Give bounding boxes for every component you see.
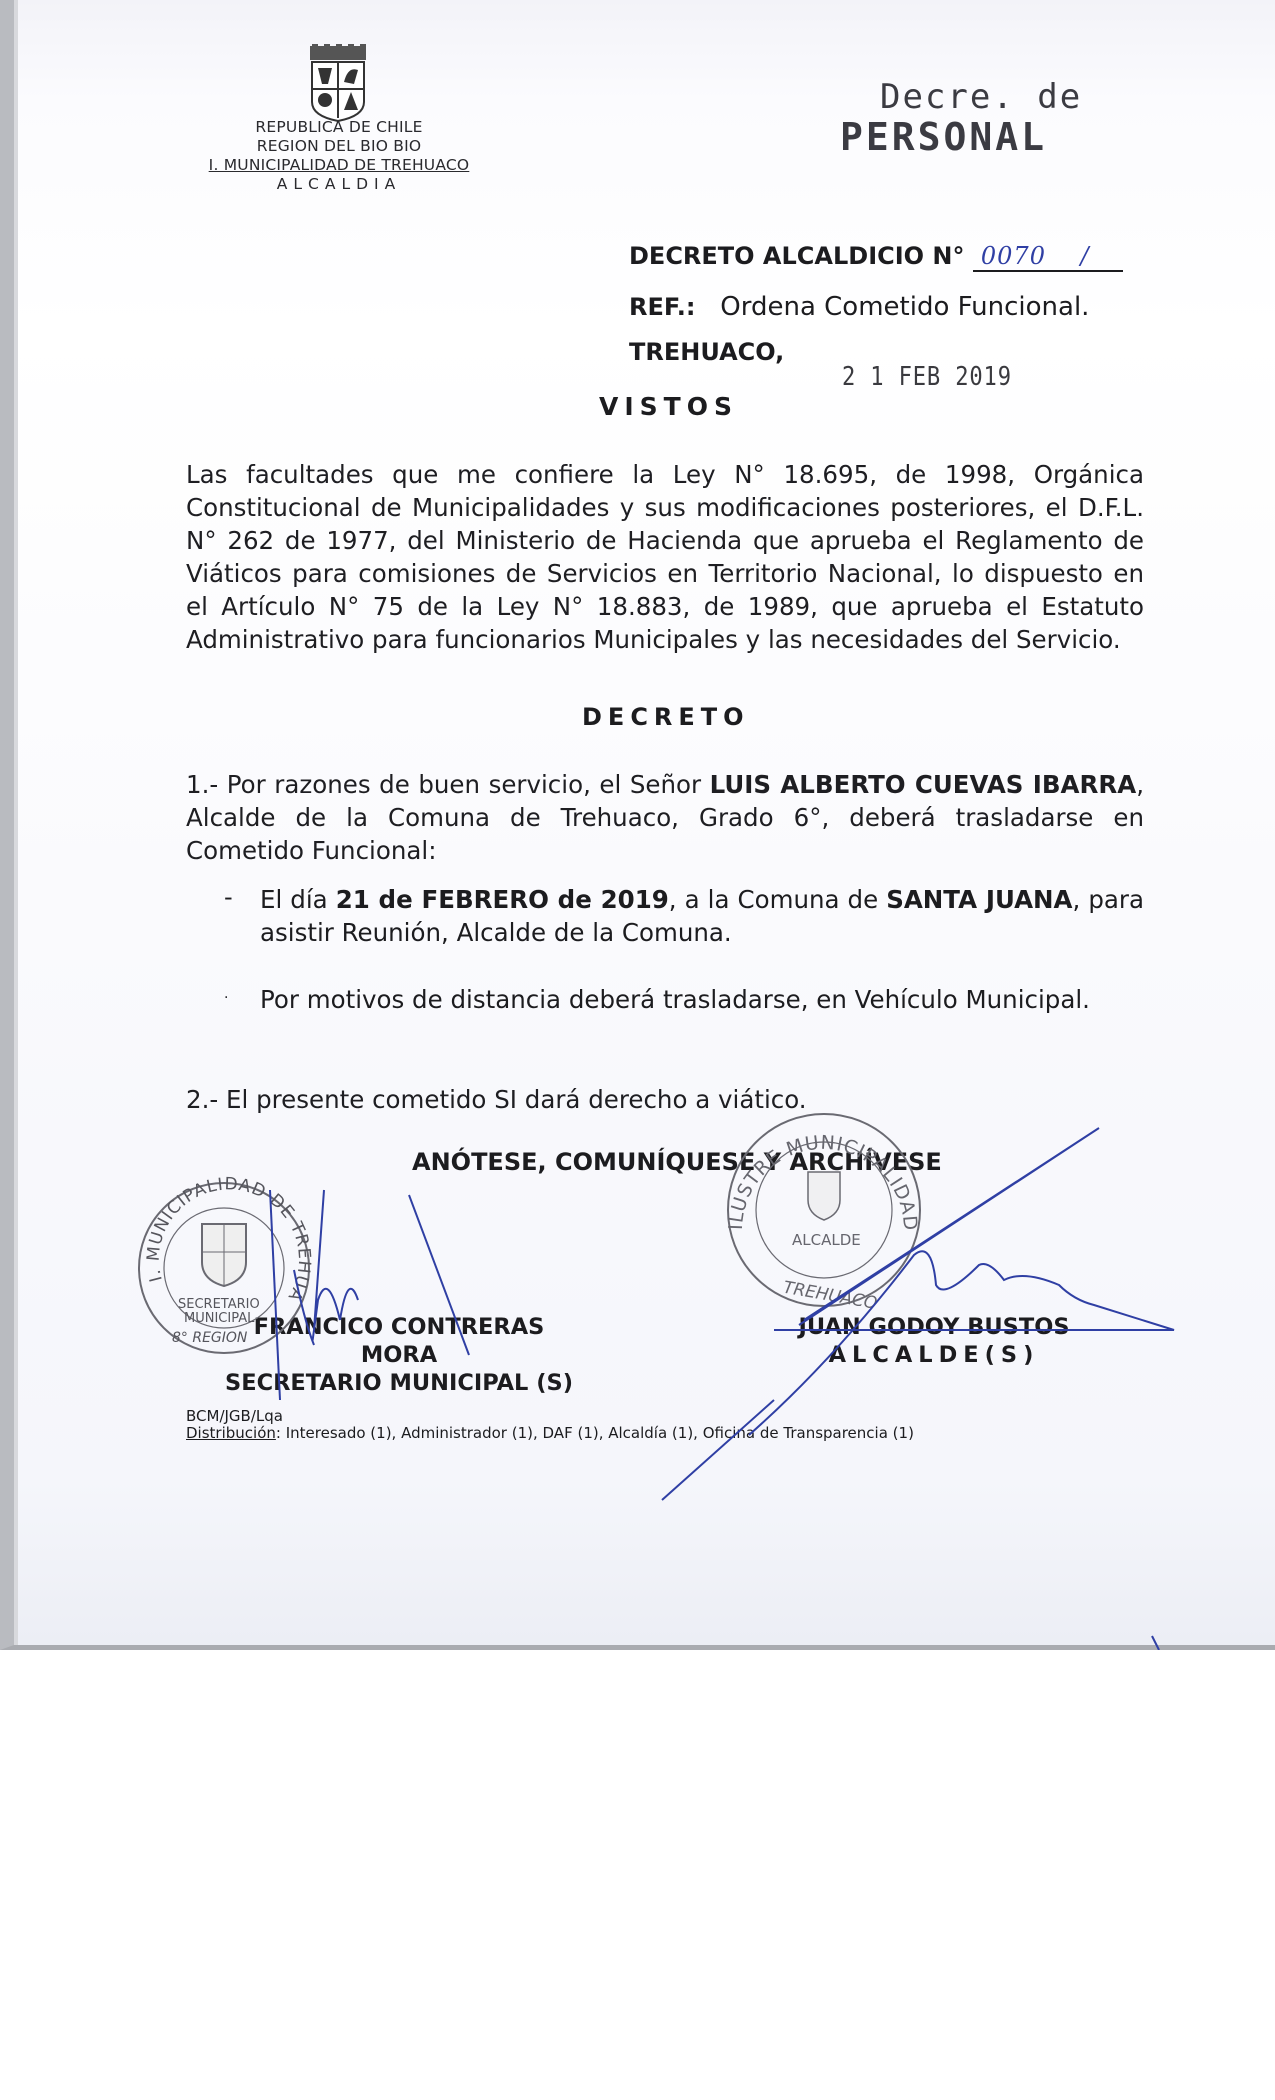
- signature-block-mayor: JUAN GODOY BUSTOS ALCALDE(S): [784, 1313, 1084, 1369]
- letterhead-country: REPUBLICA DE CHILE: [164, 118, 514, 137]
- scanned-document-page: REPUBLICA DE CHILE REGION DEL BIO BIO I.…: [0, 0, 1275, 1650]
- vistos-paragraph: Las facultades que me confiere la Ley N°…: [186, 458, 1144, 656]
- bullet-dot: .: [224, 986, 228, 1002]
- coat-of-arms-icon: [304, 44, 372, 122]
- decree-item-vehicle: Por motivos de distancia deberá traslada…: [260, 983, 1144, 1016]
- decree-number-line: DECRETO ALCALDICIO N° 0070 /: [629, 242, 1123, 272]
- distribution-text: : Interesado (1), Administrador (1), DAF…: [276, 1424, 914, 1442]
- svg-text:SECRETARIO: SECRETARIO: [178, 1297, 260, 1312]
- mayor-seal-icon: [728, 1114, 920, 1306]
- personnel-stamp: Decre. de PERSONAL: [840, 78, 1140, 158]
- mayor-title: ALCALDE(S): [784, 1341, 1084, 1369]
- svg-text:ALCALDE: ALCALDE: [792, 1231, 861, 1249]
- closing-formula: ANÓTESE, COMUNÍQUESE Y ARCHÍVESE: [412, 1148, 942, 1176]
- official-name: LUIS ALBERTO CUEVAS IBARRA: [710, 770, 1137, 799]
- stamp-line-1: Decre. de: [840, 78, 1140, 116]
- distribution-label: Distribución: [186, 1424, 276, 1442]
- letterhead: REPUBLICA DE CHILE REGION DEL BIO BIO I.…: [164, 118, 514, 194]
- letterhead-region: REGION DEL BIO BIO: [164, 137, 514, 156]
- stamp-line-2: PERSONAL: [840, 116, 1140, 158]
- bullet-dash: -: [224, 883, 233, 911]
- decree-city: TREHUACO,: [629, 338, 784, 366]
- signature-block-secretary: FRANCICO CONTRERAS MORA SECRETARIO MUNIC…: [219, 1313, 579, 1397]
- date-stamp: 2 1 FEB 2019: [842, 362, 1012, 392]
- ref-text: Ordena Cometido Funcional.: [720, 292, 1089, 322]
- mayor-name: JUAN GODOY BUSTOS: [784, 1313, 1084, 1341]
- letterhead-office: ALCALDIA: [164, 175, 514, 194]
- vistos-heading: VISTOS: [599, 392, 738, 421]
- trip-date: 21 de FEBRERO de 2019: [336, 885, 669, 914]
- distribution-list: Distribución: Interesado (1), Administra…: [186, 1424, 914, 1442]
- decree-number-handwritten: 0070 /: [973, 242, 1123, 272]
- decree-number-label: DECRETO ALCALDICIO N°: [629, 242, 965, 270]
- decree-point-1: 1.- Por razones de buen servicio, el Señ…: [186, 768, 1144, 867]
- reference-initials: BCM/JGB/Lqa: [186, 1407, 283, 1425]
- decreto-heading: DECRETO: [582, 703, 750, 731]
- ref-label: REF.: [629, 293, 686, 321]
- svg-text:TREHUACO: TREHUACO: [782, 1278, 879, 1314]
- mayor-signature: [662, 1128, 1174, 1650]
- decree-point-2: 2.- El presente cometido SI dará derecho…: [186, 1083, 1144, 1116]
- decree-reference: REF.: Ordena Cometido Funcional.: [629, 292, 1089, 322]
- svg-text:ILUSTRE MUNICIPALIDAD: ILUSTRE MUNICIPALIDAD: [725, 1132, 921, 1232]
- decree-item-trip: El día 21 de FEBRERO de 2019, a la Comun…: [260, 883, 1144, 949]
- secretary-name: FRANCICO CONTRERAS MORA: [219, 1313, 579, 1369]
- letterhead-municipality: I. MUNICIPALIDAD DE TREHUACO: [164, 156, 514, 175]
- secretary-title: SECRETARIO MUNICIPAL (S): [219, 1369, 579, 1397]
- trip-destination: SANTA JUANA: [886, 885, 1072, 914]
